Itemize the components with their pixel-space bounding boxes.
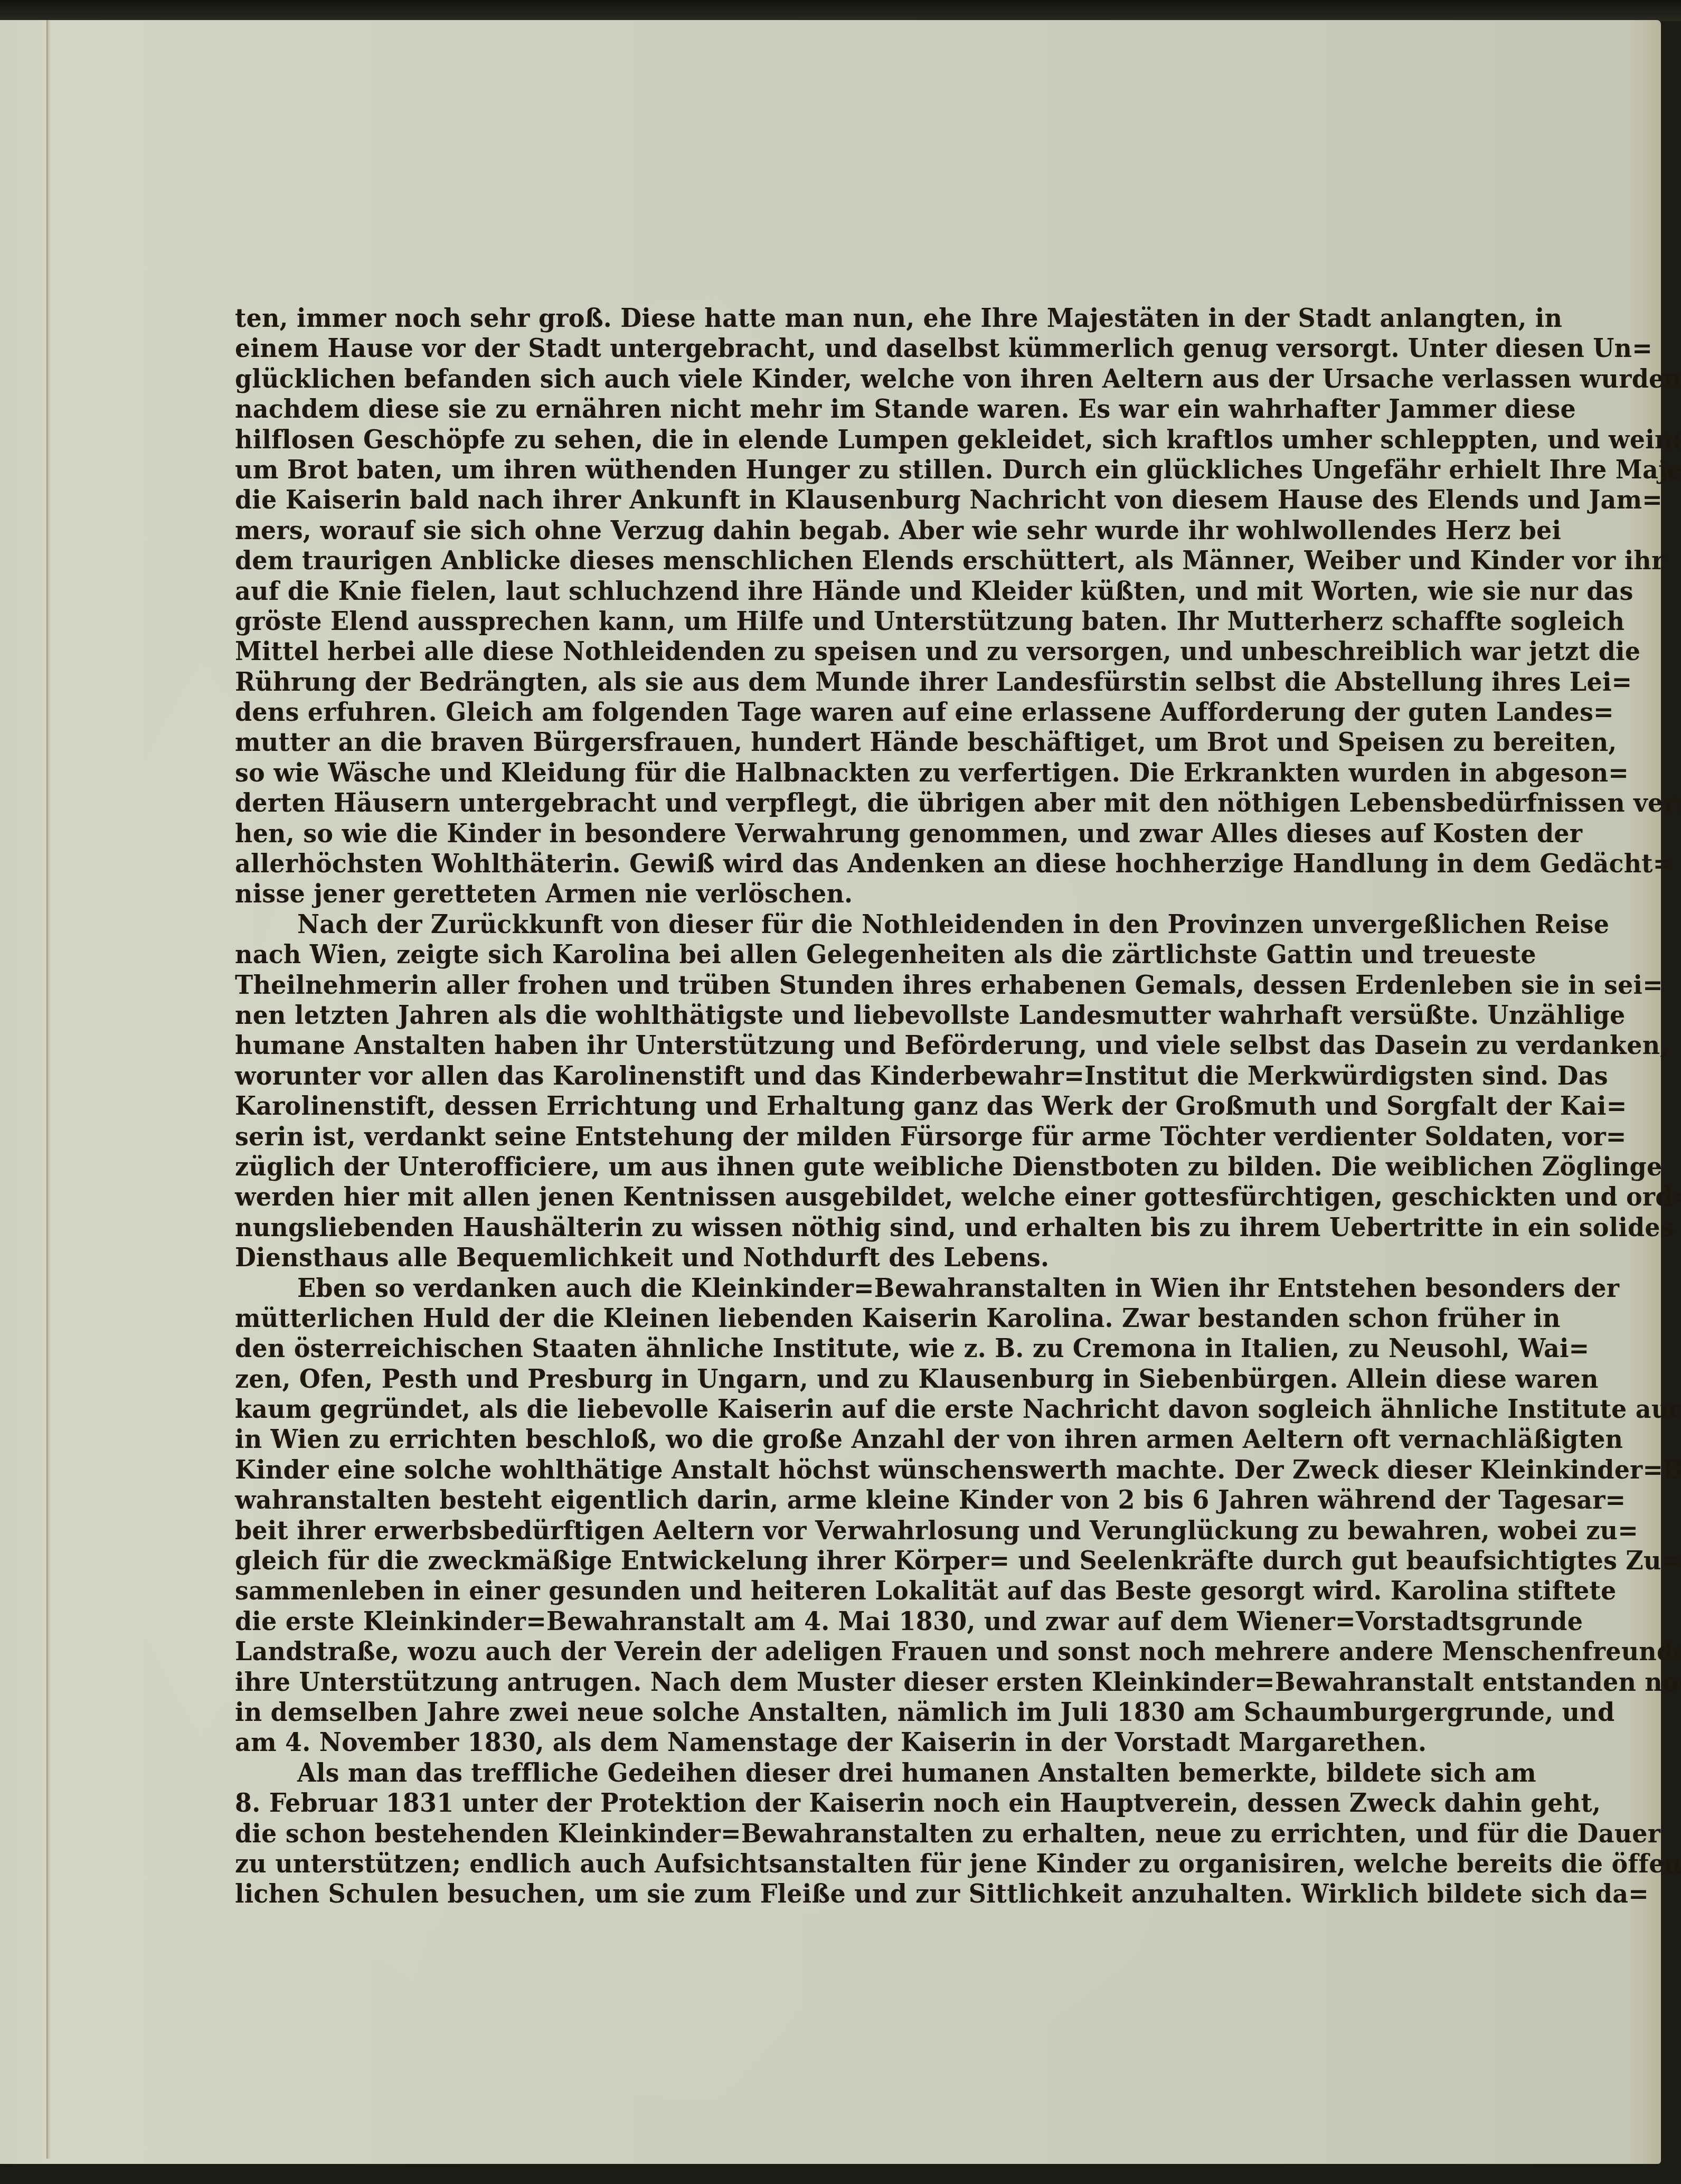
text-line: so wie Wäsche und Kleidung für die Halbn… (235, 757, 1453, 788)
text-line: mütterlichen Huld der die Kleinen lieben… (235, 1302, 1453, 1334)
text-line: hen, so wie die Kinder in besondere Verw… (235, 817, 1453, 849)
text-line: gleich für die zweckmäßige Entwickelung … (235, 1545, 1453, 1577)
text-line: dens erfuhren. Gleich am folgenden Tage … (235, 696, 1453, 728)
text-line: einem Hause vor der Stadt untergebracht,… (235, 333, 1453, 364)
text-line: wahranstalten besteht eigentlich darin, … (235, 1484, 1453, 1516)
gutter-fold (46, 20, 51, 2159)
text-line: worunter vor allen das Karolinenstift un… (235, 1060, 1453, 1091)
paragraph: Als man das treffliche Gedeihen dieser d… (235, 1758, 1453, 1909)
text-line: serin ist, verdankt seine Entstehung der… (235, 1121, 1453, 1152)
body-text: ten, immer noch sehr groß. Diese hatte m… (235, 303, 1453, 1909)
text-line: Karolinenstift, dessen Errichtung und Er… (235, 1090, 1453, 1122)
text-line: nach Wien, zeigte sich Karolina bei alle… (235, 939, 1453, 971)
text-line: allerhöchsten Wohlthäterin. Gewiß wird d… (235, 848, 1453, 880)
text-line: lichen Schulen besuchen, um sie zum Flei… (235, 1878, 1453, 1910)
text-line: nisse jener geretteten Armen nie verlösc… (235, 878, 1453, 910)
paragraph: ten, immer noch sehr groß. Diese hatte m… (235, 303, 1453, 909)
text-line: derten Häusern untergebracht und verpfle… (235, 787, 1453, 819)
text-line: Diensthaus alle Bequemlichkeit und Nothd… (235, 1242, 1453, 1274)
text-line: zu unterstützen; endlich auch Aufsichtsa… (235, 1848, 1453, 1879)
text-line: den österreichischen Staaten ähnliche In… (235, 1333, 1453, 1364)
text-line: hilflosen Geschöpfe zu sehen, die in ele… (235, 423, 1453, 455)
text-line: die Kaiserin bald nach ihrer Ankunft in … (235, 484, 1453, 516)
text-line: ihre Unterstützung antrugen. Nach dem Mu… (235, 1666, 1453, 1698)
text-line: Theilnehmerin aller frohen und trüben St… (235, 969, 1453, 1001)
text-line: die erste Kleinkinder=Bewahranstalt am 4… (235, 1605, 1453, 1637)
text-line: nungsliebenden Haushälterin zu wissen nö… (235, 1211, 1453, 1243)
text-line: am 4. November 1830, als dem Namenstage … (235, 1727, 1453, 1758)
paragraph: Eben so verdanken auch die Kleinkinder=B… (235, 1273, 1453, 1758)
text-line: in Wien zu errichten beschloß, wo die gr… (235, 1424, 1453, 1455)
text-line: Eben so verdanken auch die Kleinkinder=B… (235, 1272, 1453, 1304)
text-line: auf die Knie fielen, laut schluchzend ih… (235, 575, 1453, 607)
text-line: Als man das treffliche Gedeihen dieser d… (235, 1757, 1453, 1788)
text-line: Landstraße, wozu auch der Verein der ade… (235, 1636, 1453, 1668)
paragraph: Nach der Zurückkunft von dieser für die … (235, 909, 1453, 1273)
text-line: beit ihrer erwerbsbedürftigen Aeltern vo… (235, 1514, 1453, 1546)
text-line: werden hier mit allen jenen Kentnissen a… (235, 1181, 1453, 1213)
text-line: mutter an die braven Bürgersfrauen, hund… (235, 727, 1453, 758)
text-line: ten, immer noch sehr groß. Diese hatte m… (235, 303, 1453, 334)
text-line: in demselben Jahre zwei neue solche Anst… (235, 1697, 1453, 1728)
text-line: zen, Ofen, Pesth und Presburg in Ungarn,… (235, 1363, 1453, 1395)
scan-background (0, 0, 1681, 21)
text-line: mers, worauf sie sich ohne Verzug dahin … (235, 514, 1453, 546)
text-line: 8. Februar 1831 unter der Protektion der… (235, 1787, 1453, 1819)
text-line: die schon bestehenden Kleinkinder=Bewahr… (235, 1818, 1453, 1849)
text-line: kaum gegründet, als die liebevolle Kaise… (235, 1394, 1453, 1425)
text-line: sammenleben in einer gesunden und heiter… (235, 1575, 1453, 1607)
text-line: um Brot baten, um ihren wüthenden Hunger… (235, 454, 1453, 486)
text-line: dem traurigen Anblicke dieses menschlich… (235, 545, 1453, 577)
text-line: Mittel herbei alle diese Nothleidenden z… (235, 636, 1453, 667)
text-line: nen letzten Jahren als die wohlthätigste… (235, 1000, 1453, 1031)
text-line: Kinder eine solche wohlthätige Anstalt h… (235, 1454, 1453, 1485)
text-line: humane Anstalten haben ihr Unterstützung… (235, 1030, 1453, 1061)
text-line: züglich der Unterofficiere, um aus ihnen… (235, 1151, 1453, 1183)
text-line: gröste Elend aussprechen kann, um Hilfe … (235, 605, 1453, 637)
text-line: nachdem diese sie zu ernähren nicht mehr… (235, 393, 1453, 425)
text-line: Nach der Zurückkunft von dieser für die … (235, 908, 1453, 940)
text-line: glücklichen befanden sich auch viele Kin… (235, 363, 1453, 394)
text-line: Rührung der Bedrängten, als sie aus dem … (235, 666, 1453, 698)
